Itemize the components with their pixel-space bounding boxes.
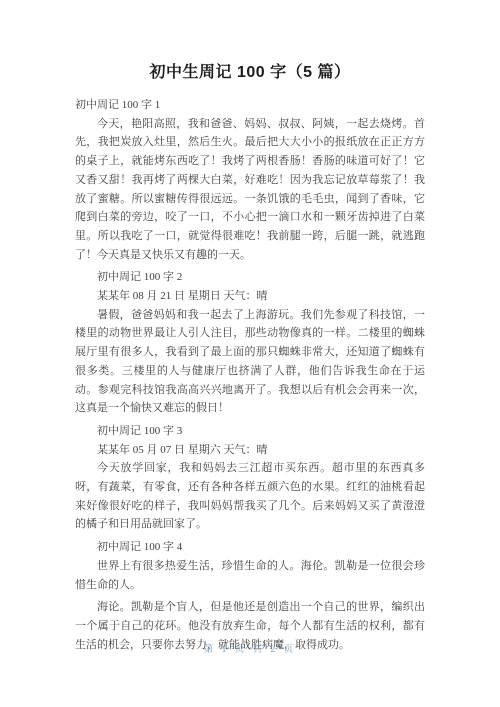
section-heading: 初中周记 100 字 3 (75, 422, 425, 441)
paragraph: 暑假，爸爸妈妈和我一起去了上海游玩。我们先参观了科技馆，一楼里的动物世界最让人引… (75, 306, 425, 418)
paragraph: 世界上有很多热爱生活，珍惜生命的人。海伦。凯勒是一位很会珍惜生命的人。 (75, 557, 425, 594)
document-title: 初中生周记 100 字（5 篇） (75, 62, 425, 84)
section-date: 某某年 05 月 07 日 星期六 天气：晴 (75, 441, 425, 460)
document-page: 初中生周记 100 字（5 篇） 初中周记 100 字 1 今天，艳阳高照，我和… (75, 62, 425, 658)
section-heading: 初中周记 100 字 4 (75, 538, 425, 557)
document-viewer: 初中生周记 100 字（5 篇） 初中周记 100 字 1 今天，艳阳高照，我和… (0, 0, 500, 707)
paragraph: 今天放学回家，我和妈妈去三江超市买东西。超市里的东西真多呀，有蔬菜，有零食，还有… (75, 459, 425, 534)
section-heading: 初中周记 100 字 1 (75, 96, 425, 115)
pagination[interactable]: 第 1 页 共 2 页 (0, 641, 500, 655)
section-date: 某某年 08 月 21 日 星期日 天气：晴 (75, 287, 425, 306)
section-heading: 初中周记 100 字 2 (75, 268, 425, 287)
paragraph: 今天，艳阳高照，我和爸爸、妈妈、叔叔、阿姨，一起去烧烤。首先，我把炭放入灶里，然… (75, 115, 425, 265)
